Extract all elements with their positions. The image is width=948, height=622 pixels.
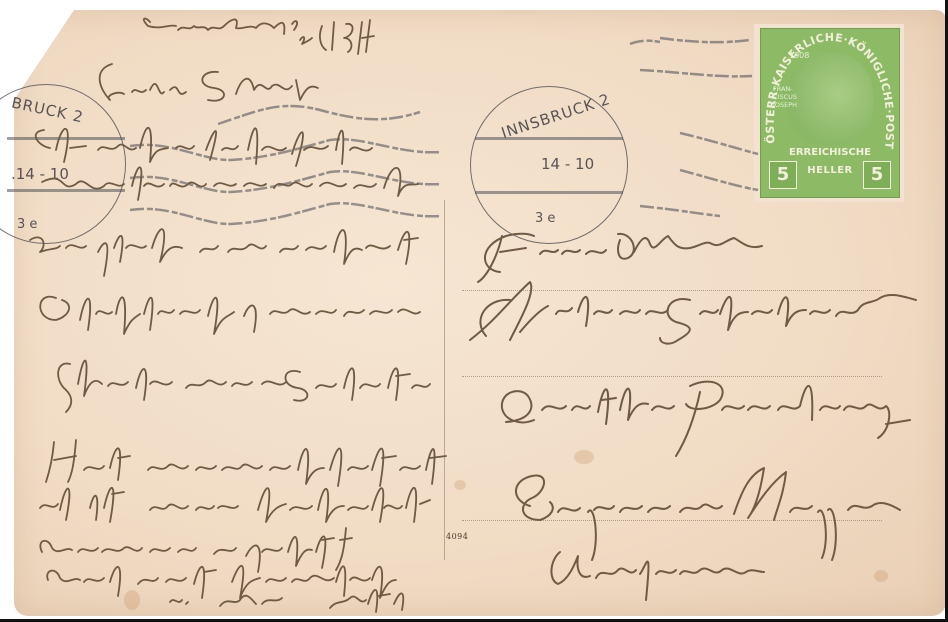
cancellation-wavy-lines-icon [130, 38, 758, 224]
handwritten-address [470, 234, 916, 600]
handwritten-message [30, 19, 446, 612]
handwriting-layer [0, 0, 948, 622]
